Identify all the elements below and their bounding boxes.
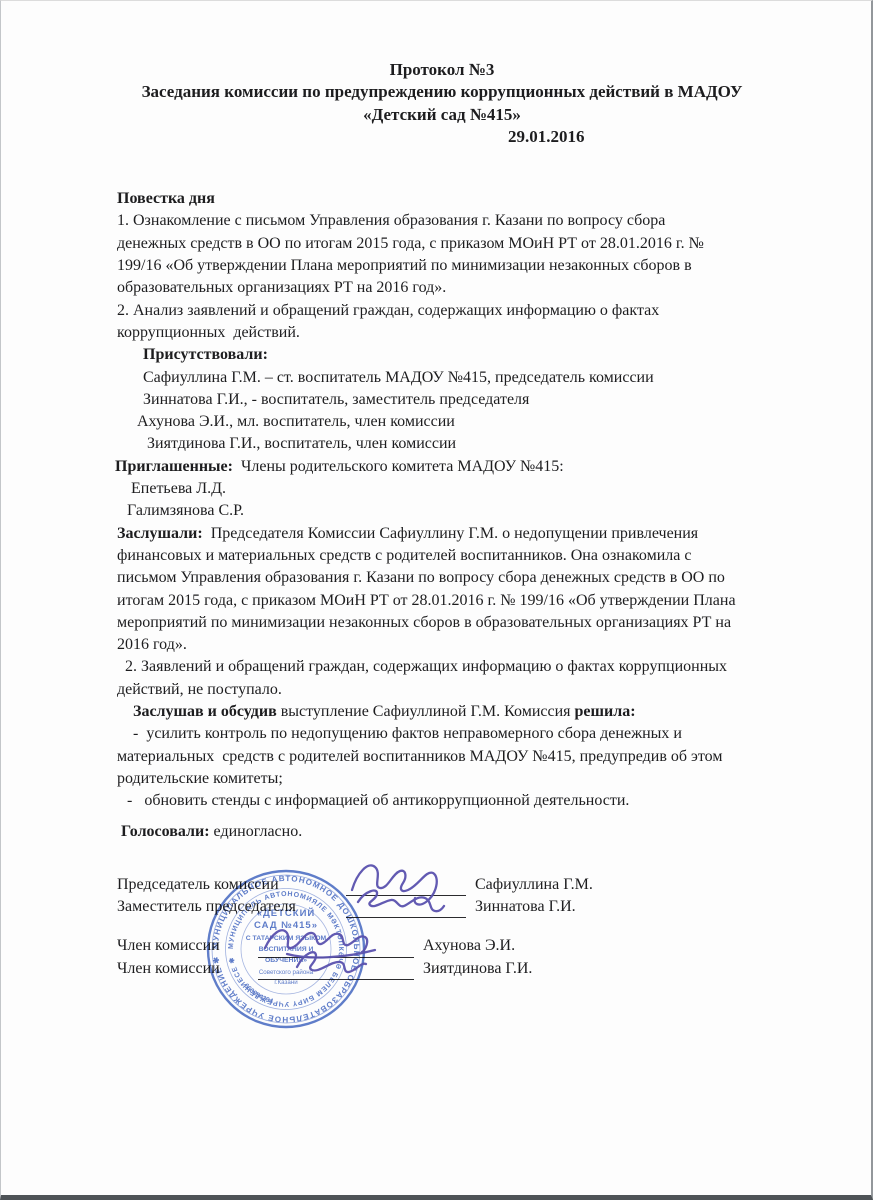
- vote-label: Голосовали:: [121, 823, 210, 840]
- resolution-mid-text: выступление Сафиуллиной Г.М. Комиссия: [277, 703, 575, 720]
- heard-line: 2016 год».: [117, 634, 794, 656]
- attendee-item: Сафиуллина Г.М. – ст. воспитатель МАДОУ …: [143, 367, 794, 389]
- heard-label: Заслушали:: [117, 525, 203, 542]
- agenda-line: денежных средств в ОО по итогам 2015 год…: [117, 233, 794, 255]
- heard-line: мероприятий по минимизации незаконных сб…: [117, 612, 794, 634]
- heard-line: финансовых и материальных средств с роди…: [117, 545, 794, 567]
- signature-role: Заместитель председателя: [117, 896, 346, 918]
- signature-name: Зиннатова Г.И.: [475, 896, 576, 918]
- signature-role: Член комиссии: [117, 935, 258, 957]
- organization-name: «Детский сад №415»: [117, 104, 767, 126]
- agenda-line: коррупционных действий.: [117, 322, 794, 344]
- agenda-line: 2. Анализ заявлений и обращений граждан,…: [117, 300, 794, 322]
- signature-name: Зиятдинова Г.И.: [423, 958, 532, 980]
- signature-role: Член комиссии: [117, 958, 258, 980]
- signature-row: Член комиссии Ахунова Э.И.: [117, 935, 794, 957]
- resolution-section: Заслушав и обсудив выступление Сафиуллин…: [117, 701, 794, 812]
- resolution-line: - усилить контроль по недопущению фактов…: [133, 723, 794, 745]
- signature-line: [258, 963, 414, 980]
- attendees-section: Присутствовали: Сафиуллина Г.М. – ст. во…: [117, 344, 794, 522]
- resolution-line: материальных средств с родителей воспита…: [117, 746, 794, 768]
- signature-row: Заместитель председателя Зиннатова Г.И.: [117, 896, 794, 918]
- heard-item2-line: действий, не поступало.: [117, 679, 794, 701]
- resolution-line: - обновить стенды с информацией об антик…: [127, 790, 794, 812]
- signature-name: Сафиуллина Г.М.: [475, 874, 593, 896]
- signature-line: [258, 941, 414, 958]
- signature-line: [346, 879, 466, 896]
- agenda-line: 199/16 «Об утверждении Плана мероприятий…: [117, 255, 794, 277]
- document-title-block: Протокол №3 Заседания комиссии по предуп…: [117, 59, 767, 148]
- heard-intro-line: Заслушали: Председателя Комиссии Сафиулл…: [117, 523, 794, 545]
- agenda-heading: Повестка дня: [117, 188, 794, 210]
- heard-intro: Председателя Комиссии Сафиуллину Г.М. о …: [203, 525, 698, 542]
- attendee-item: Зиятдинова Г.И., воспитатель, член комис…: [147, 433, 794, 455]
- signatures-section: Председатель комиссии Сафиуллина Г.М. За…: [117, 874, 794, 980]
- heard-item2-line: 2. Заявлений и обращений граждан, содерж…: [125, 656, 794, 678]
- signature-line: [346, 901, 466, 918]
- document-date: 29.01.2016: [117, 126, 767, 148]
- heard-section: Заслушали: Председателя Комиссии Сафиулл…: [117, 523, 794, 701]
- invited-label: Приглашенные:: [115, 458, 233, 475]
- resolution-header: Заслушав и обсудив выступление Сафиуллин…: [133, 701, 794, 723]
- agenda-section: Повестка дня 1. Ознакомление с письмом У…: [117, 188, 794, 344]
- invited-name: Галимзянова С.Р.: [127, 500, 794, 522]
- vote-result: единогласно.: [210, 823, 303, 840]
- heard-line: итогам 2015 года, с приказом МОиН РТ от …: [117, 590, 794, 612]
- invited-line: Приглашенные: Члены родительского комите…: [115, 456, 794, 478]
- document-subtitle: Заседания комиссии по предупреждению кор…: [117, 81, 767, 103]
- attendee-item: Ахунова Э.И., мл. воспитатель, член коми…: [137, 411, 794, 433]
- vote-line: Голосовали: единогласно.: [121, 821, 794, 843]
- protocol-document-page: Протокол №3 Заседания комиссии по предуп…: [0, 0, 873, 1200]
- document-title: Протокол №3: [117, 59, 767, 81]
- attendee-item: Зиннатова Г.И., - воспитатель, заместите…: [143, 389, 794, 411]
- signature-row: Председатель комиссии Сафиуллина Г.М.: [117, 874, 794, 896]
- resolution-label-2: решила:: [575, 703, 636, 720]
- stamp-center-line: г.Казани: [274, 979, 298, 986]
- signature-role: Председатель комиссии: [117, 874, 346, 896]
- resolution-line: родительские комитеты;: [117, 768, 794, 790]
- invited-name: Епетьева Л.Д.: [131, 478, 794, 500]
- heard-line: письмом Управления образования г. Казани…: [117, 567, 794, 589]
- signature-row: Член комиссии Зиятдинова Г.И.: [117, 958, 794, 980]
- resolution-label-1: Заслушав и обсудив: [133, 703, 277, 720]
- invited-text: Члены родительского комитета МАДОУ №415:: [233, 458, 564, 475]
- signature-name: Ахунова Э.И.: [423, 935, 515, 957]
- attendees-heading: Присутствовали:: [143, 344, 794, 366]
- agenda-line: 1. Ознакомление с письмом Управления обр…: [117, 210, 794, 232]
- agenda-line: образовательных организациях РТ на 2016 …: [117, 277, 794, 299]
